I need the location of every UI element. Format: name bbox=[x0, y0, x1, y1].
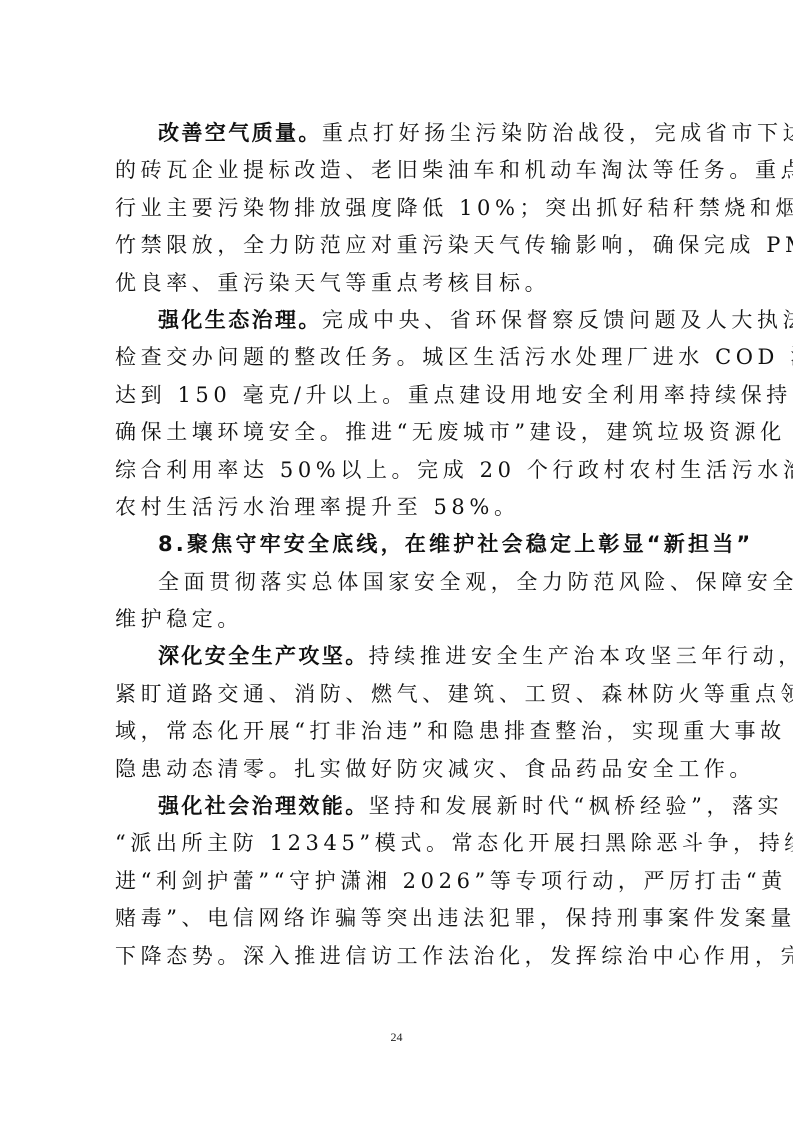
paragraph-text: 持续推进安全生产治本攻坚三年行动， bbox=[369, 644, 793, 668]
paragraph-line: 域，常态化开展“打非治违”和隐患排查整治，实现重大事故 bbox=[115, 713, 700, 750]
paragraph-line: 行业主要污染物排放强度降低 10%；突出抓好秸秆禁烧和烟花爆 bbox=[115, 190, 700, 227]
paragraph-first-line: 深化安全生产攻坚。持续推进安全生产治本攻坚三年行动， bbox=[115, 638, 700, 675]
paragraph-first-line: 全面贯彻落实总体国家安全观，全力防范风险、保障安全、 bbox=[115, 564, 700, 601]
paragraph-text: 重点打好扬尘污染防治战役，完成省市下达 bbox=[322, 121, 793, 145]
paragraph-lead-bold: 强化社会治理效能。 bbox=[158, 794, 369, 818]
paragraph-lead-bold: 深化安全生产攻坚。 bbox=[158, 644, 369, 668]
paragraph-line: 的砖瓦企业提标改造、老旧柴油车和机动车淘汰等任务。重点 bbox=[115, 152, 700, 189]
paragraph-line: 下降态势。深入推进信访工作法治化，发挥综治中心作用，完 bbox=[115, 938, 700, 975]
paragraph-line: 紧盯道路交通、消防、燃气、建筑、工贸、森林防火等重点领 bbox=[115, 676, 700, 713]
paragraph-line: “派出所主防 12345”模式。常态化开展扫黑除恶斗争，持续推 bbox=[115, 825, 700, 862]
paragraph-text: 全面贯彻落实总体国家安全观，全力防范风险、保障安全、 bbox=[158, 570, 793, 594]
section-heading: 8.聚焦守牢安全底线，在维护社会稳定上彰显“新担当” bbox=[115, 526, 700, 563]
paragraph-lead-bold: 强化生态治理。 bbox=[158, 308, 322, 332]
paragraph-text: 坚持和发展新时代“枫桥经验”，落实 bbox=[369, 794, 784, 818]
page-number: 24 bbox=[0, 1030, 793, 1045]
paragraph-line: 优良率、重污染天气等重点考核目标。 bbox=[115, 265, 700, 302]
paragraph-line: 确保土壤环境安全。推进“无废城市”建设，建筑垃圾资源化 bbox=[115, 414, 700, 451]
document-body: 改善空气质量。重点打好扬尘污染防治战役，完成省市下达 的砖瓦企业提标改造、老旧柴… bbox=[115, 115, 700, 975]
paragraph-line: 赌毒”、电信网络诈骗等突出违法犯罪，保持刑事案件发案量 bbox=[115, 900, 700, 937]
paragraph-first-line: 强化社会治理效能。坚持和发展新时代“枫桥经验”，落实 bbox=[115, 788, 700, 825]
document-page: 改善空气质量。重点打好扬尘污染防治战役，完成省市下达 的砖瓦企业提标改造、老旧柴… bbox=[0, 0, 793, 1122]
paragraph-line: 达到 150 毫克/升以上。重点建设用地安全利用率持续保持 100%， bbox=[115, 377, 700, 414]
paragraph-text: 完成中央、省环保督察反馈问题及人大执法 bbox=[322, 308, 793, 332]
paragraph-first-line: 改善空气质量。重点打好扬尘污染防治战役，完成省市下达 bbox=[115, 115, 700, 152]
paragraph-line: 进“利剑护蕾”“守护潇湘 2026”等专项行动，严厉打击“黄 bbox=[115, 863, 700, 900]
paragraph-line: 检查交办问题的整改任务。城区生活污水处理厂进水 COD 浓度 bbox=[115, 339, 700, 376]
paragraph-line: 隐患动态清零。扎实做好防灾减灾、食品药品安全工作。 bbox=[115, 751, 700, 788]
paragraph-line: 竹禁限放，全力防范应对重污染天气传输影响，确保完成 PM2.5、 bbox=[115, 227, 700, 264]
paragraph-line: 农村生活污水治理率提升至 58%。 bbox=[115, 489, 700, 526]
paragraph-line: 综合利用率达 50%以上。完成 20 个行政村农村生活污水治理， bbox=[115, 452, 700, 489]
paragraph-lead-bold: 改善空气质量。 bbox=[158, 121, 322, 145]
paragraph-first-line: 强化生态治理。完成中央、省环保督察反馈问题及人大执法 bbox=[115, 302, 700, 339]
paragraph-line: 维护稳定。 bbox=[115, 601, 700, 638]
